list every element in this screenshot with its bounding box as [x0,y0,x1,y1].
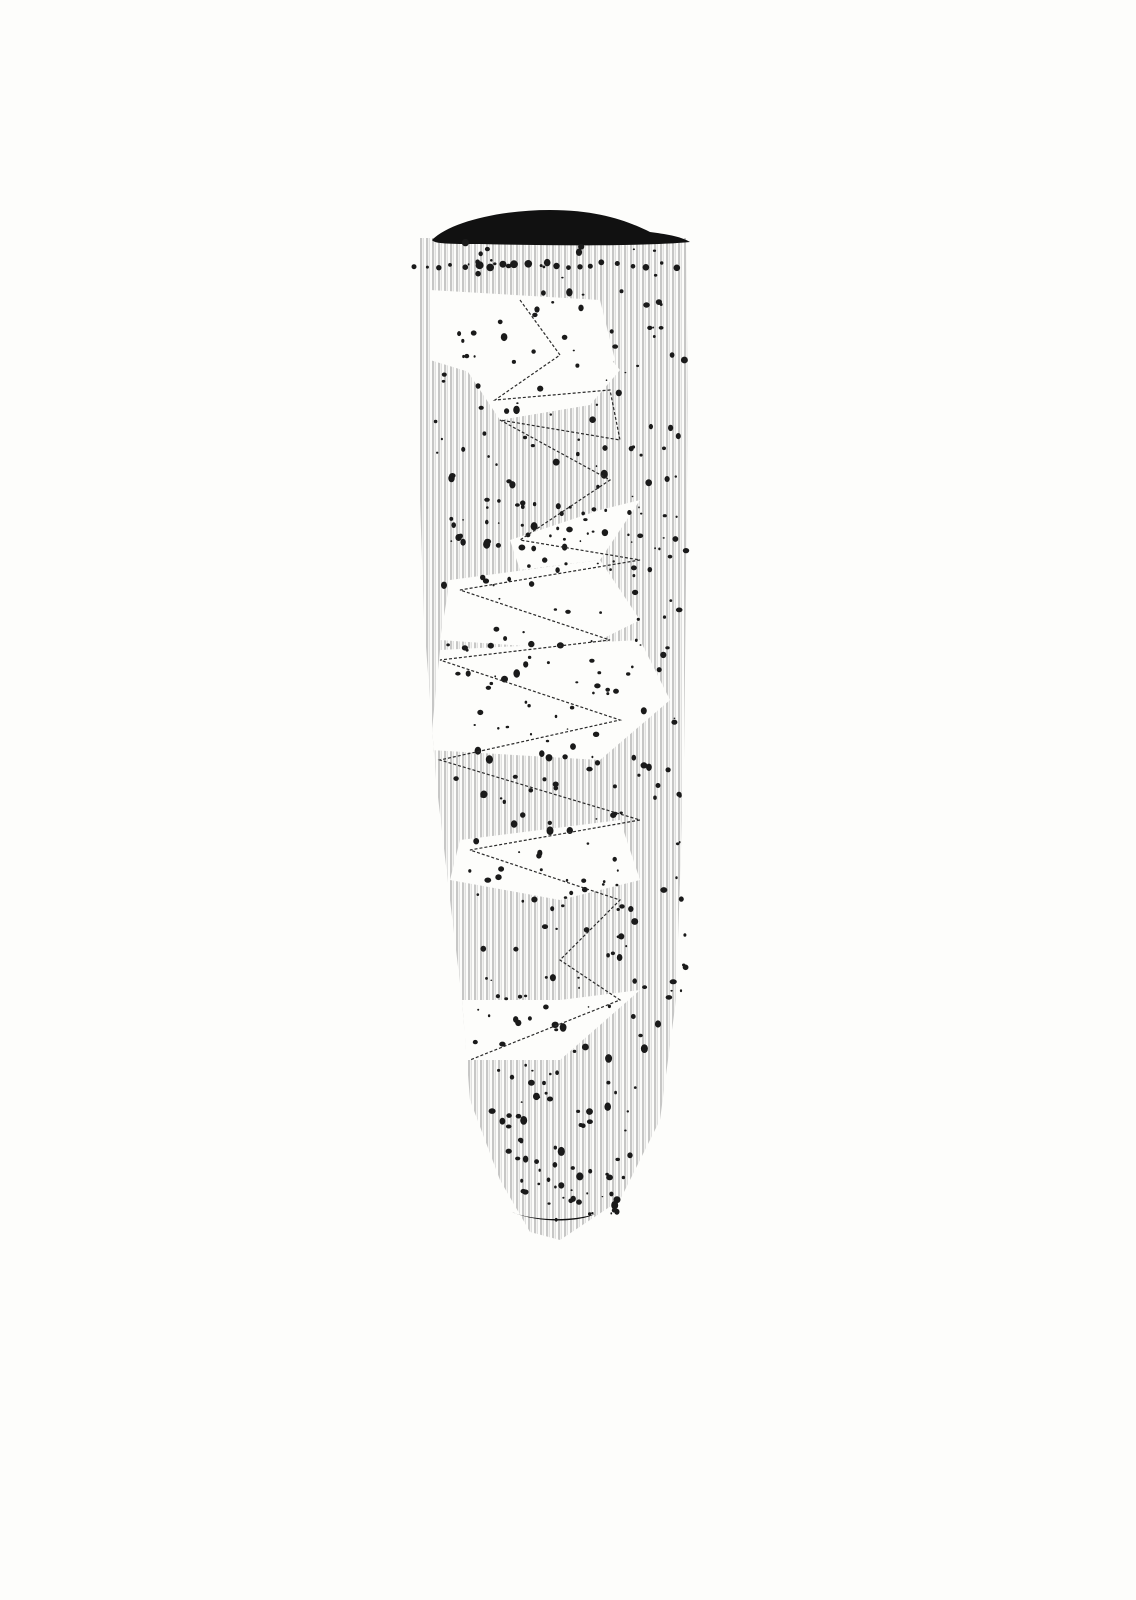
ink-blob [432,210,690,245]
abstract-print-artwork [0,0,1136,1600]
